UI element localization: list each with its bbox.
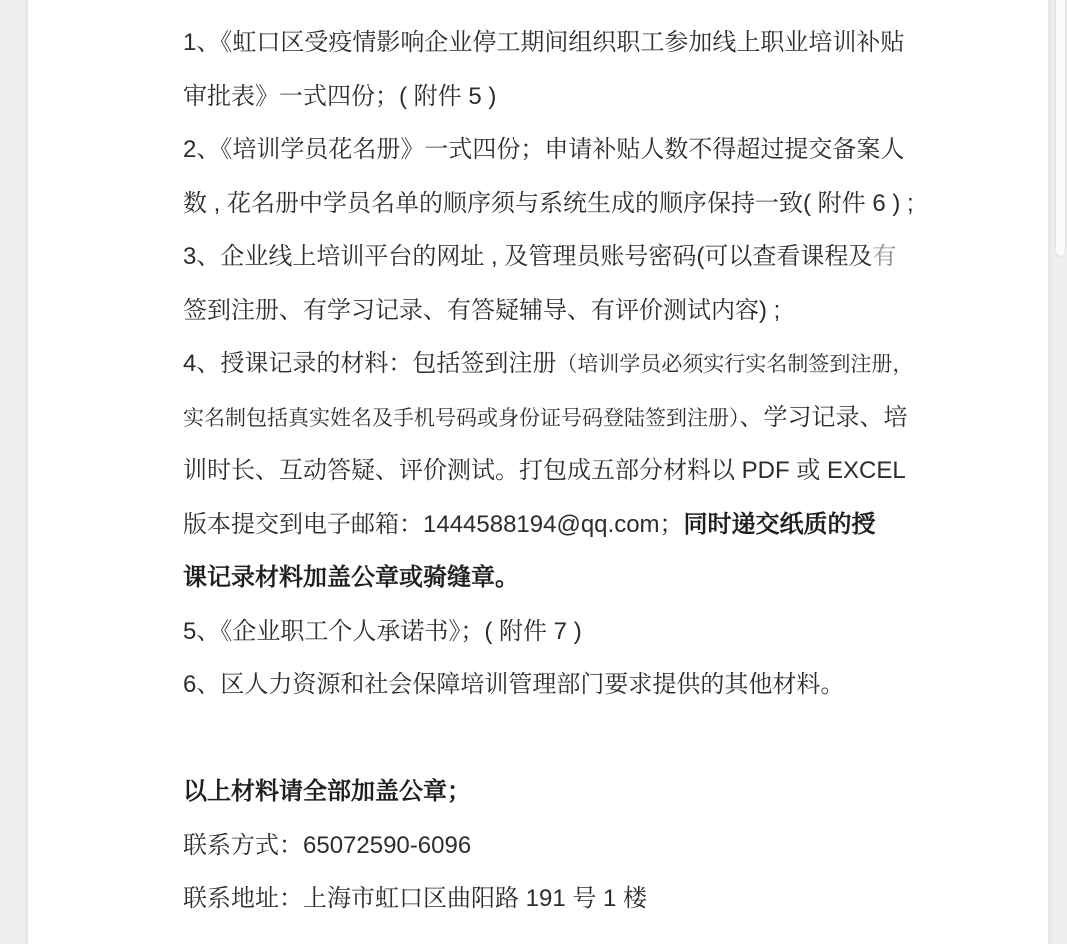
text-line: 4、授课记录的材料：包括签到注册（培训学员必须实行实名制签到注册，: [183, 337, 943, 391]
text-segment: 联系地址：上海市虹口区曲阳路 191 号 1 楼: [183, 885, 647, 912]
text-segment: （培训学员必须实行实名制签到注册，: [556, 353, 913, 376]
text-segment: 签到注册、有学习记录、有答疑辅导、有评价测试内容) ;: [183, 297, 780, 324]
text-line: 5、《企业职工个人承诺书》；( 附件 7 ): [183, 605, 943, 659]
text-segment: 2、《培训学员花名册》一式四份；申请补贴人数不得超过提交备案人: [183, 136, 904, 163]
text-line: 3、企业线上培训平台的网址 , 及管理员账号密码(可以查看课程及有: [183, 230, 943, 284]
document-body: 1、《虹口区受疫情影响企业停工期间组织职工参加线上职业培训补贴审批表》一式四份；…: [183, 16, 943, 926]
right-gutter scrollbar-track[interactable]: [1048, 0, 1067, 944]
scrollbar-thumb[interactable]: [1055, 0, 1066, 257]
text-segment: 1、《虹口区受疫情影响企业停工期间组织职工参加线上职业培训补贴: [183, 29, 904, 56]
text-segment: 课记录材料加盖公章或骑缝章。: [183, 564, 519, 591]
text-segment: 、学习记录、培: [740, 404, 908, 431]
text-segment: 同时递交纸质的授: [684, 511, 876, 538]
text-segment: 5、《企业职工个人承诺书》；( 附件 7 ): [183, 618, 582, 645]
text-line: 数 , 花名册中学员名单的顺序须与系统生成的顺序保持一致( 附件 6 ) ;: [183, 177, 943, 231]
text-line: 联系方式：65072590-6096: [183, 819, 943, 873]
text-segment: 有: [872, 243, 896, 270]
text-segment: 以上材料请全部加盖公章；: [183, 778, 471, 805]
text-segment: 3、企业线上培训平台的网址 , 及管理员账号密码(可以查看课程及: [183, 243, 872, 270]
blank-line: [183, 712, 943, 766]
text-line: 2、《培训学员花名册》一式四份；申请补贴人数不得超过提交备案人: [183, 123, 943, 177]
text-line: 实名制包括真实姓名及手机号码或身份证号码登陆签到注册）、学习记录、培: [183, 391, 943, 445]
text-line: 训时长、互动答疑、评价测试。打包成五部分材料以 PDF 或 EXCEL: [183, 444, 943, 498]
text-segment: 训时长、互动答疑、评价测试。打包成五部分材料以 PDF 或 EXCEL: [183, 457, 906, 484]
text-line: 以上材料请全部加盖公章；: [183, 765, 943, 819]
text-line: 1、《虹口区受疫情影响企业停工期间组织职工参加线上职业培训补贴: [183, 16, 943, 70]
text-segment: 实名制包括真实姓名及手机号码或身份证号码登陆签到注册）: [183, 407, 740, 430]
text-line: 课记录材料加盖公章或骑缝章。: [183, 551, 943, 605]
text-line: 6、区人力资源和社会保障培训管理部门要求提供的其他材料。: [183, 658, 943, 712]
text-segment: 6、区人力资源和社会保障培训管理部门要求提供的其他材料。: [183, 671, 844, 698]
text-segment: 版本提交到电子邮箱：1444588194@qq.com；: [183, 511, 684, 538]
text-segment: 联系方式：65072590-6096: [183, 832, 471, 859]
text-line: 版本提交到电子邮箱：1444588194@qq.com；同时递交纸质的授: [183, 498, 943, 552]
text-line: 审批表》一式四份；( 附件 5 ): [183, 70, 943, 124]
left-gutter: [0, 0, 28, 944]
text-segment: 审批表》一式四份；( 附件 5 ): [183, 83, 496, 110]
text-line: 签到注册、有学习记录、有答疑辅导、有评价测试内容) ;: [183, 284, 943, 338]
text-segment: 数 , 花名册中学员名单的顺序须与系统生成的顺序保持一致( 附件 6 ) ;: [183, 190, 914, 217]
document-page: 1、《虹口区受疫情影响企业停工期间组织职工参加线上职业培训补贴审批表》一式四份；…: [0, 0, 1067, 944]
text-segment: 4、授课记录的材料：包括签到注册: [183, 350, 556, 377]
text-line: 联系地址：上海市虹口区曲阳路 191 号 1 楼: [183, 872, 943, 926]
